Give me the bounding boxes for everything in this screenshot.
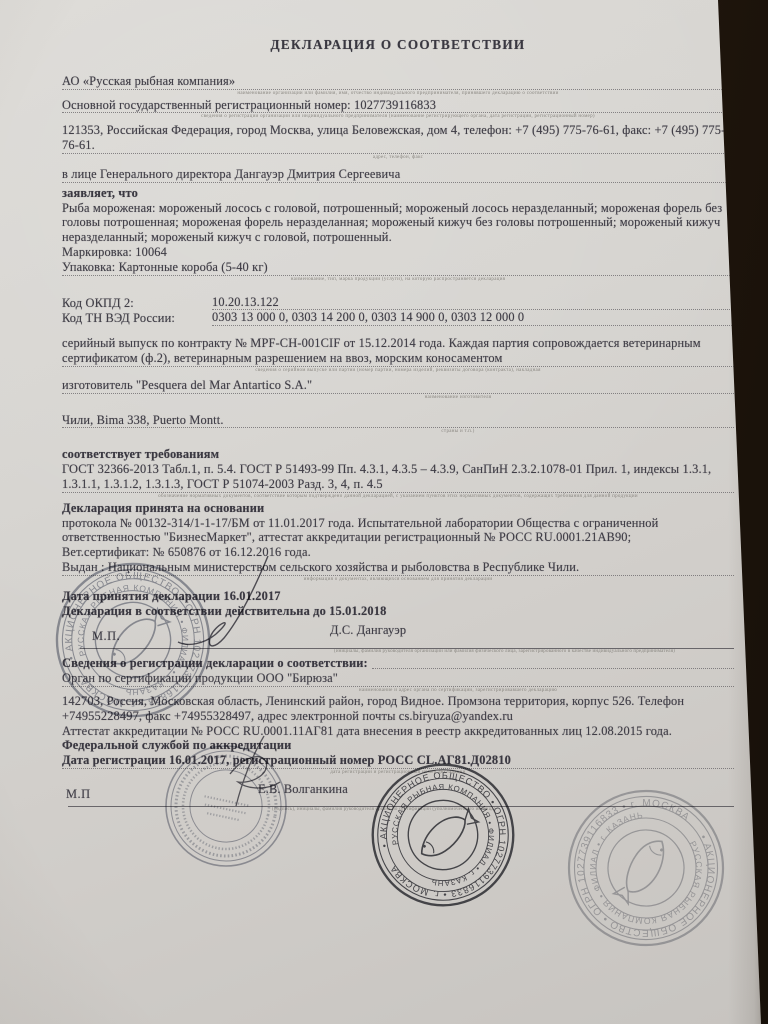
declarant-address: 121353, Российская Федерация, город Моск… (62, 123, 734, 154)
dotted-tail (372, 668, 734, 669)
stamp-place-label-2: М.П (66, 787, 91, 802)
svg-text:РУССКАЯ РЫБНАЯ КОМПАНИЯ • ФИЛИ: РУССКАЯ РЫБНАЯ КОМПАНИЯ • ФИЛИАЛ • г. КА… (567, 789, 726, 948)
fish-icon (609, 834, 676, 908)
okpd-label: Код ОКПД 2: (62, 296, 212, 311)
svg-text:• АКЦИОНЕРНОЕ ОБЩЕСТВО • ОГРН: • АКЦИОНЕРНОЕ ОБЩЕСТВО • ОГРН 1027739116… (366, 758, 519, 911)
declarant-ogrn: Основной государственный регистрационный… (62, 98, 734, 114)
page-title: ДЕКЛАРАЦИЯ О СООТВЕТСТВИИ (62, 38, 734, 53)
declarant-name-caption: наименование организации или фамилия, им… (62, 90, 734, 97)
okpd-row: Код ОКПД 2: 10.20.13.122 (62, 295, 734, 311)
manufacturer-country: Чили, Bima 338, Puerto Montt. (62, 413, 734, 429)
okpd-value: 10.20.13.122 (212, 295, 734, 311)
tnved-label: Код ТН ВЭД России: (62, 311, 212, 326)
stamp-outer-text: • АКЦИОНЕРНОЕ ОБЩЕСТВО • ОГРН 1027739116… (366, 758, 519, 911)
federal-service-line: Федеральной службой по аккредитации (62, 738, 734, 753)
serial-caption: сведения о серийном выпуске или партии (… (62, 367, 734, 374)
stamp-inner-text: РУССКАЯ РЫБНАЯ КОМПАНИЯ • ФИЛИАЛ • г. КА… (567, 789, 726, 948)
document-photo: ДЕКЛАРАЦИЯ О СООТВЕТСТВИИ АО «Русская ры… (0, 0, 768, 1024)
compliance-caption: обозначение нормативных документов, соот… (62, 493, 734, 500)
director-signature-caption: (инициалы, фамилия руководителя организа… (334, 649, 734, 655)
declarant-ogrn-caption: сведения о регистрации организации или и… (62, 113, 734, 120)
manufacturer: изготовитель "Pesquera del Mar Antartico… (62, 378, 734, 394)
declarant-name: АО «Русская рыбная компания» (62, 74, 734, 90)
product-packaging: Упаковка: Картонные короба (5-40 кг) (62, 260, 734, 276)
declarant-representative: в лице Генерального директора Дангауэр Д… (62, 167, 734, 183)
country-caption: страны и т.п.) (62, 428, 734, 435)
tnved-row: Код ТН ВЭД России: 0303 13 000 0, 0303 1… (62, 310, 734, 326)
serial-production: серийный выпуск по контракту № MPF-CH-00… (62, 336, 734, 367)
registration-date-line: Дата регистрации 16.01.2017, регистрацио… (62, 753, 734, 769)
compliance-heading: соответствует требованиям (62, 447, 734, 462)
certbody-signature (200, 730, 330, 825)
basis-heading: Декларация принята на основании (62, 501, 734, 516)
director-signature (150, 550, 300, 670)
tnved-value: 0303 13 000 0, 0303 14 200 0, 0303 14 90… (212, 310, 734, 326)
product-description: Рыба мороженая: мороженый лосось с голов… (62, 201, 734, 245)
manufacturer-caption: наименование изготовителя (62, 394, 734, 401)
product-caption: наименование, тип, марка продукции (услу… (62, 276, 734, 283)
director-signatory-name: Д.С. Дангауэр (330, 623, 406, 638)
attestation-line: Аттестат аккредитации № РОСС RU.0001.11А… (62, 724, 734, 739)
basis-protocol: протокола № 00132-314/1-1-17/БМ от 11.01… (62, 516, 734, 546)
company-round-stamp-center: • АКЦИОНЕРНОЕ ОБЩЕСТВО • ОГРН 1027739116… (356, 748, 529, 921)
product-marking: Маркировка: 10064 (62, 245, 734, 260)
declarant-address-caption: адрес, телефон, факс (62, 154, 734, 161)
compliance-standards: ГОСТ 32366-2013 Табл.1, п. 5.4. ГОСТ Р 5… (62, 462, 734, 493)
declares-label: заявляет, что (62, 186, 734, 201)
